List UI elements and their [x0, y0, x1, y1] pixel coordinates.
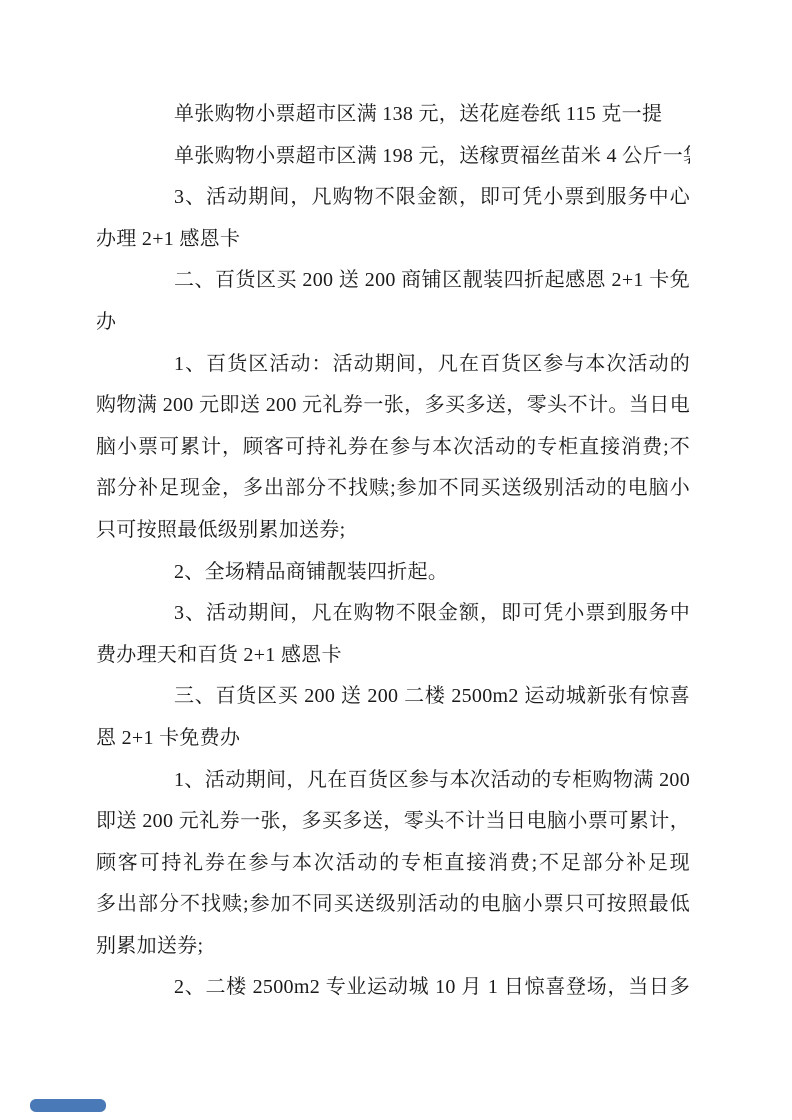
- text-line: 多出部分不找赎;参加不同买送级别活动的电脑小票只可按照最低级: [96, 884, 690, 926]
- text-line: 只可按照最低级别累加送券;: [96, 510, 690, 552]
- text-line: 别累加送券;: [96, 926, 690, 968]
- text-line: 脑小票可累计，顾客可持礼券在参与本次活动的专柜直接消费;不足: [96, 427, 690, 469]
- text-line: 2、全场精品商铺靓装四折起。: [96, 552, 690, 594]
- document-page: 单张购物小票超市区满 138 元，送花庭卷纸 115 克一提单张购物小票超市区满…: [0, 0, 792, 1120]
- text-line: 费办理天和百货 2+1 感恩卡: [96, 635, 690, 677]
- text-line: 单张购物小票超市区满 138 元，送花庭卷纸 115 克一提: [96, 94, 690, 136]
- text-line: 单张购物小票超市区满 198 元，送稼贾福丝苗米 4 公斤一袋: [96, 136, 690, 178]
- text-line: 恩 2+1 卡免费办: [96, 718, 690, 760]
- text-line: 二、百货区买 200 送 200 商铺区靓装四折起感恩 2+1 卡免费: [96, 260, 690, 302]
- text-line: 购物满 200 元即送 200 元礼券一张，多买多送，零头不计。当日电: [96, 385, 690, 427]
- text-line: 办: [96, 302, 690, 344]
- text-line: 顾客可持礼券在参与本次活动的专柜直接消费;不足部分补足现金，: [96, 843, 690, 885]
- text-line: 部分补足现金，多出部分不找赎;参加不同买送级别活动的电脑小票: [96, 468, 690, 510]
- text-line: 办理 2+1 感恩卡: [96, 219, 690, 261]
- document-text-block: 单张购物小票超市区满 138 元，送花庭卷纸 115 克一提单张购物小票超市区满…: [96, 94, 690, 1009]
- text-line: 1、活动期间，凡在百货区参与本次活动的专柜购物满 200 元: [96, 760, 690, 802]
- text-line: 1、百货区活动：活动期间，凡在百货区参与本次活动的专柜: [96, 344, 690, 386]
- text-line: 3、活动期间，凡购物不限金额，即可凭小票到服务中心免费: [96, 177, 690, 219]
- text-line: 即送 200 元礼券一张，多买多送，零头不计当日电脑小票可累计，: [96, 801, 690, 843]
- text-line: 3、活动期间，凡在购物不限金额，即可凭小票到服务中心免: [96, 593, 690, 635]
- text-line: 三、百货区买 200 送 200 二楼 2500m2 运动城新张有惊喜感: [96, 676, 690, 718]
- bottom-left-accent-bar: [30, 1099, 106, 1112]
- text-line: 2、二楼 2500m2 专业运动城 10 月 1 日惊喜登场，当日多家: [96, 967, 690, 1009]
